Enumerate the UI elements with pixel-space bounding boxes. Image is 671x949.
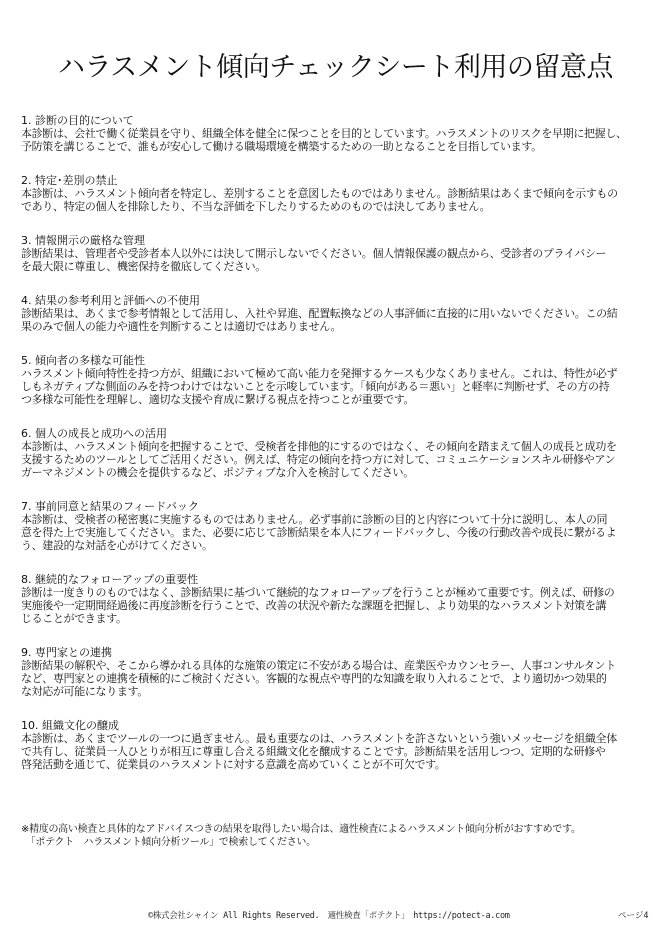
body-line: 本診断は、ハラスメント傾向を把握することで、受検者を排他的にするのではなく、その… <box>21 440 653 453</box>
body-line: 果のみで個人の能力や適性を判断することは適切ではありません。 <box>21 320 653 333</box>
page-number: ページ4 <box>618 909 648 923</box>
body-line: 予防策を講じることで、誰もが安心して働ける職場環境を構築するための一助となること… <box>21 140 653 153</box>
section-expert-collaboration: 9. 専門家との連携 診断結果の解釈や、そこから導かれる具体的な施策の策定に不安… <box>21 646 653 698</box>
section-heading: 7. 事前同意と結果のフィードバック <box>21 500 653 513</box>
body-line: 意を得た上で実施してください。また、必要に応じて診断結果を本人にフィードバックし… <box>21 526 653 539</box>
section-disclosure-control: 3. 情報開示の厳格な管理 診断結果は、管理者や受診者本人以外には決して開示しな… <box>21 234 653 273</box>
section-organizational-culture: 10. 組織文化の醸成 本診断は、あくまでツールの一つに過ぎません。最も重要なの… <box>21 719 653 771</box>
section-body: ハラスメント傾向特性を持つ方が、組織において極めて高い能力を発揮するケースも少な… <box>21 367 653 406</box>
body-line: 本診断は、あくまでツールの一つに過ぎません。最も重要なのは、ハラスメントを許さな… <box>21 732 653 745</box>
body-line: な対応が可能になります。 <box>21 685 653 698</box>
body-line: 診断結果は、管理者や受診者本人以外には決して開示しないでください。個人情報保護の… <box>21 247 653 260</box>
footer-copyright: ©株式会社シャイン All Rights Reserved. 適性検査「ポテクト… <box>148 909 510 923</box>
section-heading: 10. 組織文化の醸成 <box>21 719 653 732</box>
body-line: 本診断は、ハラスメント傾向者を特定し、差別することを意図したものではありません。… <box>21 187 653 200</box>
body-line: ガーマネジメントの機会を提供するなど、ポジティブな介入を検討してください。 <box>21 466 653 479</box>
page-title: ハラスメント傾向チェックシート利用の留意点 <box>0 50 671 86</box>
body-line: しもネガティブな側面のみを持つわけではないことを示唆しています。「傾向がある＝悪… <box>21 380 653 393</box>
body-line: で共有し、従業員一人ひとりが相互に尊重し合える組織文化を醸成することです。診断結… <box>21 745 653 758</box>
body-line: じることができます。 <box>21 612 653 625</box>
body-line: つ多様な可能性を理解し、適切な支援や育成に繋げる視点を持つことが重要です。 <box>21 393 653 406</box>
section-heading: 6. 個人の成長と成功への活用 <box>21 427 653 440</box>
note-line: 「ポテクト ハラスメント傾向分析ツール」で検索してください。 <box>21 836 661 849</box>
body-line: 本診断は、受検者の秘密裏に実施するものではありません。必ず事前に診断の目的と内容… <box>21 513 653 526</box>
section-body: 診断は一度きりのものではなく、診断結果に基づいて継続的なフォローアップを行うこと… <box>21 586 653 625</box>
section-body: 診断結果は、あくまで参考情報として活用し、入社や昇進、配置転換などの人事評価に直… <box>21 307 653 333</box>
section-body: 本診断は、会社で働く従業員を守り、組織全体を健全に保つことを目的としています。ハ… <box>21 127 653 153</box>
body-line: 啓発活動を通じて、従業員のハラスメントに対する意識を高めていくことが不可欠です。 <box>21 758 653 771</box>
body-line: ハラスメント傾向特性を持つ方が、組織において極めて高い能力を発揮するケースも少な… <box>21 367 653 380</box>
section-diverse-potential: 5. 傾向者の多様な可能性 ハラスメント傾向特性を持つ方が、組織において極めて高… <box>21 354 653 406</box>
section-heading: 8. 継続的なフォローアップの重要性 <box>21 573 653 586</box>
section-body: 本診断は、ハラスメント傾向を把握することで、受検者を排他的にするのではなく、その… <box>21 440 653 479</box>
section-consent-feedback: 7. 事前同意と結果のフィードバック 本診断は、受検者の秘密裏に実施するものでは… <box>21 500 653 552</box>
section-no-discrimination: 2. 特定･差別の禁止 本診断は、ハラスメント傾向者を特定し、差別することを意図… <box>21 174 653 213</box>
section-body: 診断結果の解釈や、そこから導かれる具体的な施策の策定に不安がある場合は、産業医や… <box>21 659 653 698</box>
section-reference-use: 4. 結果の参考利用と評価への不使用 診断結果は、あくまで参考情報として活用し、… <box>21 294 653 333</box>
note-line: ※精度の高い検査と具体的なアドバイスつきの結果を取得したい場合は、適性検査による… <box>21 823 661 836</box>
section-heading: 3. 情報開示の厳格な管理 <box>21 234 653 247</box>
section-purpose: 1. 診断の目的について 本診断は、会社で働く従業員を守り、組織全体を健全に保つ… <box>21 114 653 153</box>
page-footer: ©株式会社シャイン All Rights Reserved. 適性検査「ポテクト… <box>0 909 671 923</box>
sections-list: 1. 診断の目的について 本診断は、会社で働く従業員を守り、組織全体を健全に保つ… <box>21 114 653 792</box>
section-heading: 4. 結果の参考利用と評価への不使用 <box>21 294 653 307</box>
section-heading: 1. 診断の目的について <box>21 114 653 127</box>
body-line: 支援するためのツールとしてご活用ください。例えば、特定の傾向を持つ方に対して、コ… <box>21 453 653 466</box>
body-line: う、建設的な対話を心がけてください。 <box>21 539 653 552</box>
body-line: であり、特定の個人を排除したり、不当な評価を下したりするためのものでは決してあり… <box>21 200 653 213</box>
recommendation-note: ※精度の高い検査と具体的なアドバイスつきの結果を取得したい場合は、適性検査による… <box>21 823 661 849</box>
body-line: を最大限に尊重し、機密保持を徹底してください。 <box>21 260 653 273</box>
section-heading: 9. 専門家との連携 <box>21 646 653 659</box>
section-body: 本診断は、あくまでツールの一つに過ぎません。最も重要なのは、ハラスメントを許さな… <box>21 732 653 771</box>
section-body: 本診断は、ハラスメント傾向者を特定し、差別することを意図したものではありません。… <box>21 187 653 213</box>
body-line: 診断結果の解釈や、そこから導かれる具体的な施策の策定に不安がある場合は、産業医や… <box>21 659 653 672</box>
section-heading: 2. 特定･差別の禁止 <box>21 174 653 187</box>
section-personal-growth: 6. 個人の成長と成功への活用 本診断は、ハラスメント傾向を把握することで、受検… <box>21 427 653 479</box>
section-heading: 5. 傾向者の多様な可能性 <box>21 354 653 367</box>
body-line: 本診断は、会社で働く従業員を守り、組織全体を健全に保つことを目的としています。ハ… <box>21 127 653 140</box>
body-line: 診断結果は、あくまで参考情報として活用し、入社や昇進、配置転換などの人事評価に直… <box>21 307 653 320</box>
section-follow-up: 8. 継続的なフォローアップの重要性 診断は一度きりのものではなく、診断結果に基… <box>21 573 653 625</box>
body-line: 実施後や一定期間経過後に再度診断を行うことで、改善の状況や新たな課題を把握し、よ… <box>21 599 653 612</box>
section-body: 診断結果は、管理者や受診者本人以外には決して開示しないでください。個人情報保護の… <box>21 247 653 273</box>
section-body: 本診断は、受検者の秘密裏に実施するものではありません。必ず事前に診断の目的と内容… <box>21 513 653 552</box>
body-line: 診断は一度きりのものではなく、診断結果に基づいて継続的なフォローアップを行うこと… <box>21 586 653 599</box>
body-line: など、専門家との連携を積極的にご検討ください。客観的な視点や専門的な知識を取り入… <box>21 672 653 685</box>
